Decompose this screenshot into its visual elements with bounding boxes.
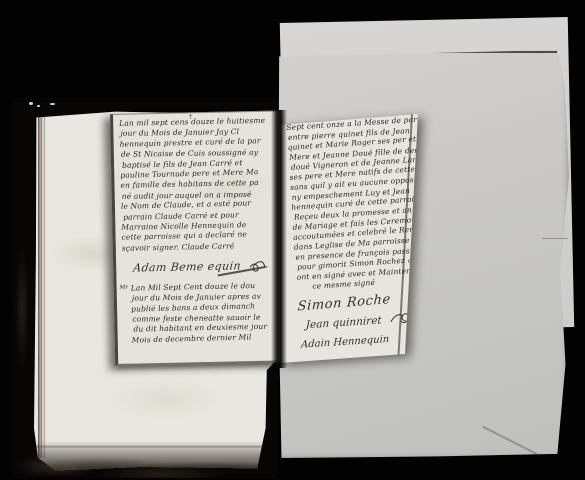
paper-crease-line <box>542 238 568 239</box>
page-gutter-shadow <box>271 110 287 368</box>
manuscript-left-page: † Lan mil sept cens douze le huitiesmejo… <box>110 110 285 366</box>
signature-paraph-icon <box>388 309 413 326</box>
archive-scan-photo: m † Lan mil sept cens douze le huitiesme… <box>0 0 585 480</box>
margin-note: Mr <box>120 284 128 290</box>
marriage-entry-lines: Sept cent onze a la Messe de parroisseen… <box>286 115 421 293</box>
second-entry-lines: Lan Mil Sept Cent douze le doujour du Mo… <box>131 280 283 346</box>
entry1-signature-row: Adam Beme equin <box>133 254 281 276</box>
second-entry-block: Mr Lan Mil Sept Cent douze le doujour du… <box>122 280 283 346</box>
page-top-mark: † <box>189 113 192 120</box>
manuscript-right-page: 22 Sept cent onze a la Messe de parroiss… <box>281 114 421 367</box>
right-page-content: 22 Sept cent onze a la Messe de parroiss… <box>281 114 421 352</box>
signature: Adain Hennequin <box>301 334 390 351</box>
edge-speck <box>37 105 40 107</box>
edge-speck <box>29 102 33 105</box>
signature-block: Simon Roche Jean quinniret Adain Hennequ… <box>297 286 421 351</box>
baptism-entry-lines: Lan mil sept cens douze le huitiesmejour… <box>119 115 281 254</box>
edge-speck <box>50 103 55 105</box>
manuscript-right-page-wrap: 22 Sept cent onze a la Messe de parroiss… <box>281 114 421 367</box>
